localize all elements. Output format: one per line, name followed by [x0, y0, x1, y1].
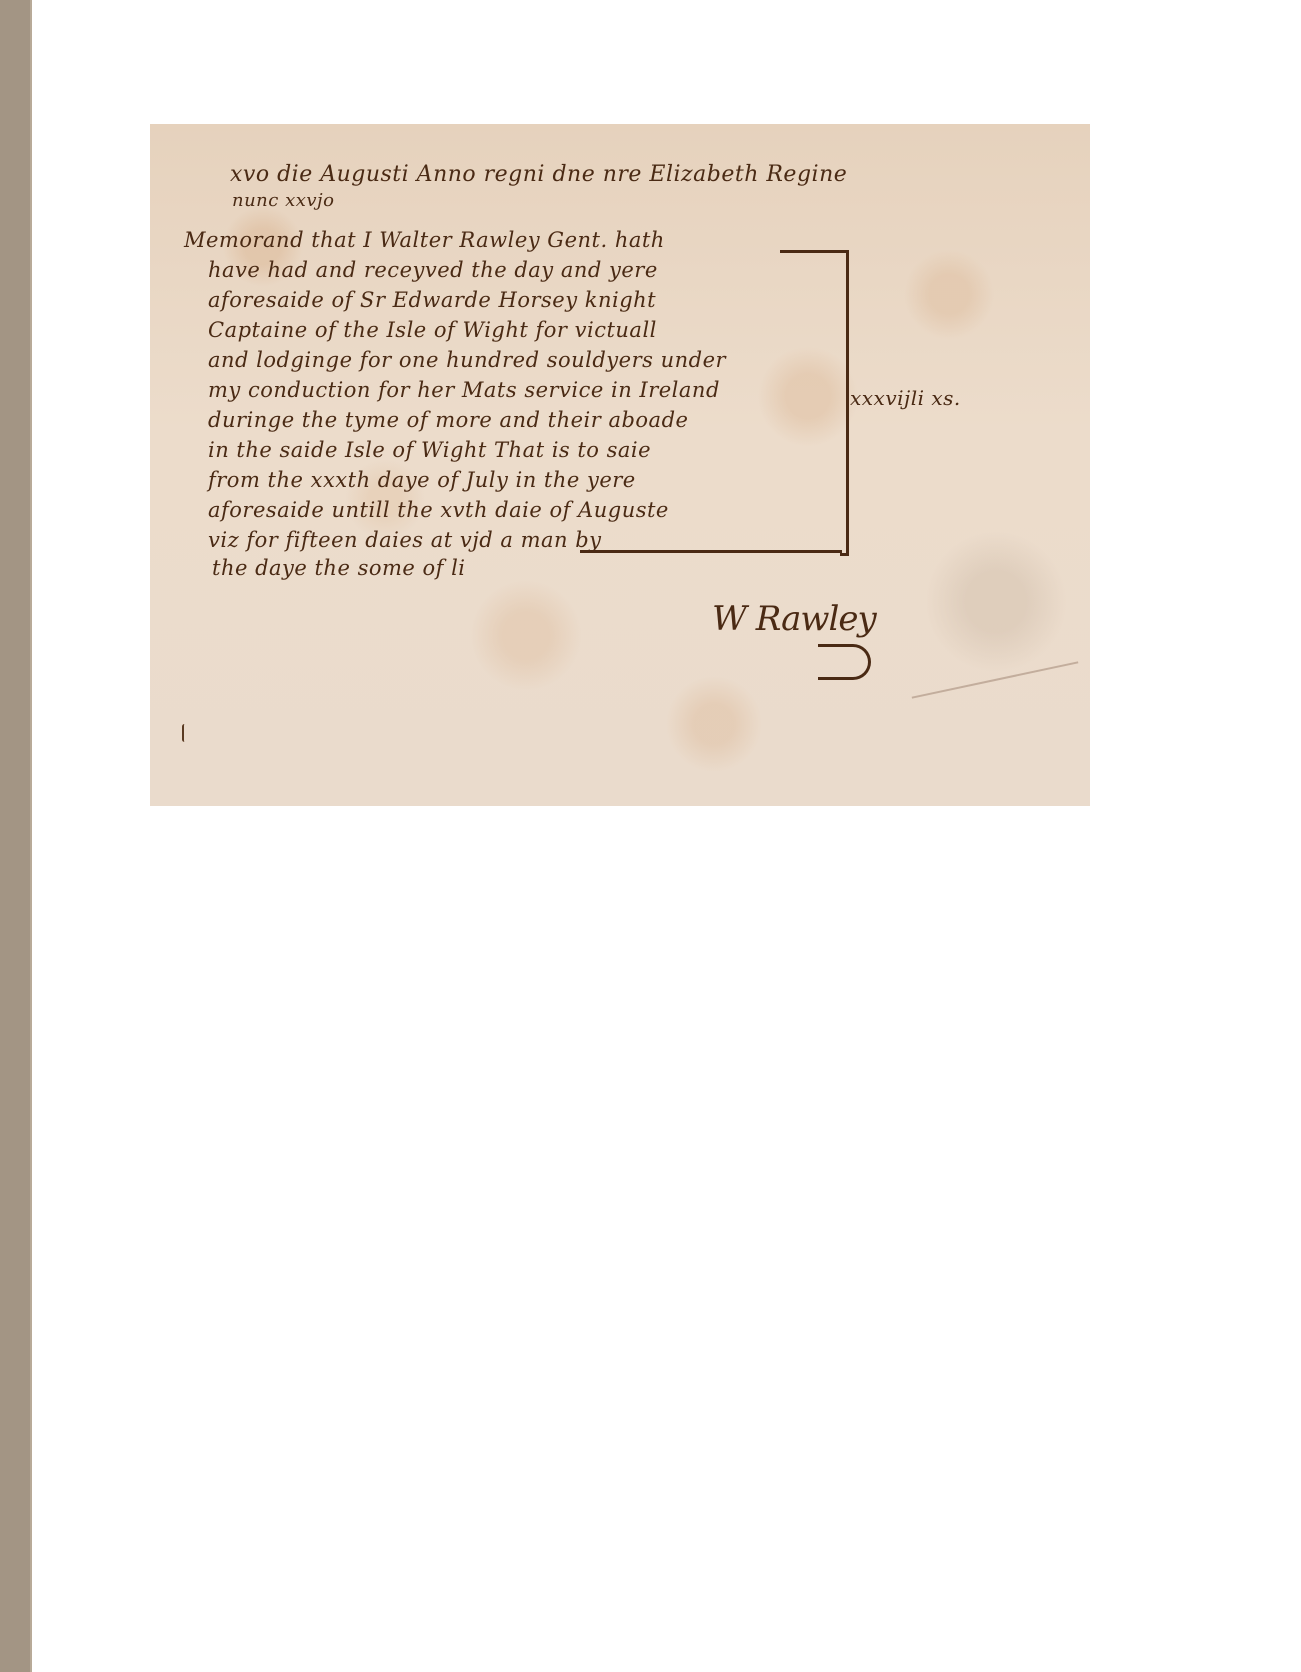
bracket-top-line: [780, 250, 842, 253]
body-line-10: aforesaide untill the xvth daie of Augus…: [208, 498, 669, 522]
paper-crease: [912, 661, 1079, 698]
body-line-11: viz for fifteen daies at vjd a man by: [208, 528, 602, 552]
summary-bracket: [840, 250, 849, 556]
signature-flourish: [818, 644, 871, 680]
body-line-5: and lodginge for one hundred souldyers u…: [208, 348, 726, 372]
manuscript-image: xvo die Augusti Anno regni dne nre Eliza…: [150, 124, 1090, 806]
body-line-2: have had and receyved the day and yere: [208, 258, 658, 282]
bracket-bottom-line: [580, 550, 842, 553]
heading-line-2: nunc xxvjo: [232, 190, 334, 211]
body-line-9: from the xxxth daye of July in the yere: [208, 468, 636, 492]
heading-line-1: xvo die Augusti Anno regni dne nre Eliza…: [230, 162, 847, 187]
body-line-12: the daye the some of li: [212, 556, 466, 580]
body-line-8: in the saide Isle of Wight That is to sa…: [208, 438, 651, 462]
body-line-1: Memorand that I Walter Rawley Gent. hath: [184, 228, 665, 252]
ink-mark: [182, 724, 187, 742]
marginal-sum: xxxvijli xs.: [850, 386, 961, 410]
body-line-4: Captaine of the Isle of Wight for victua…: [208, 318, 657, 342]
body-line-6: my conduction for her Mats service in Ir…: [208, 378, 720, 402]
body-line-7: duringe the tyme of more and their aboad…: [208, 408, 688, 432]
body-line-3: aforesaide of Sr Edwarde Horsey knight: [208, 288, 656, 312]
signature: W Rawley: [712, 599, 876, 639]
side-band: [0, 0, 32, 1672]
